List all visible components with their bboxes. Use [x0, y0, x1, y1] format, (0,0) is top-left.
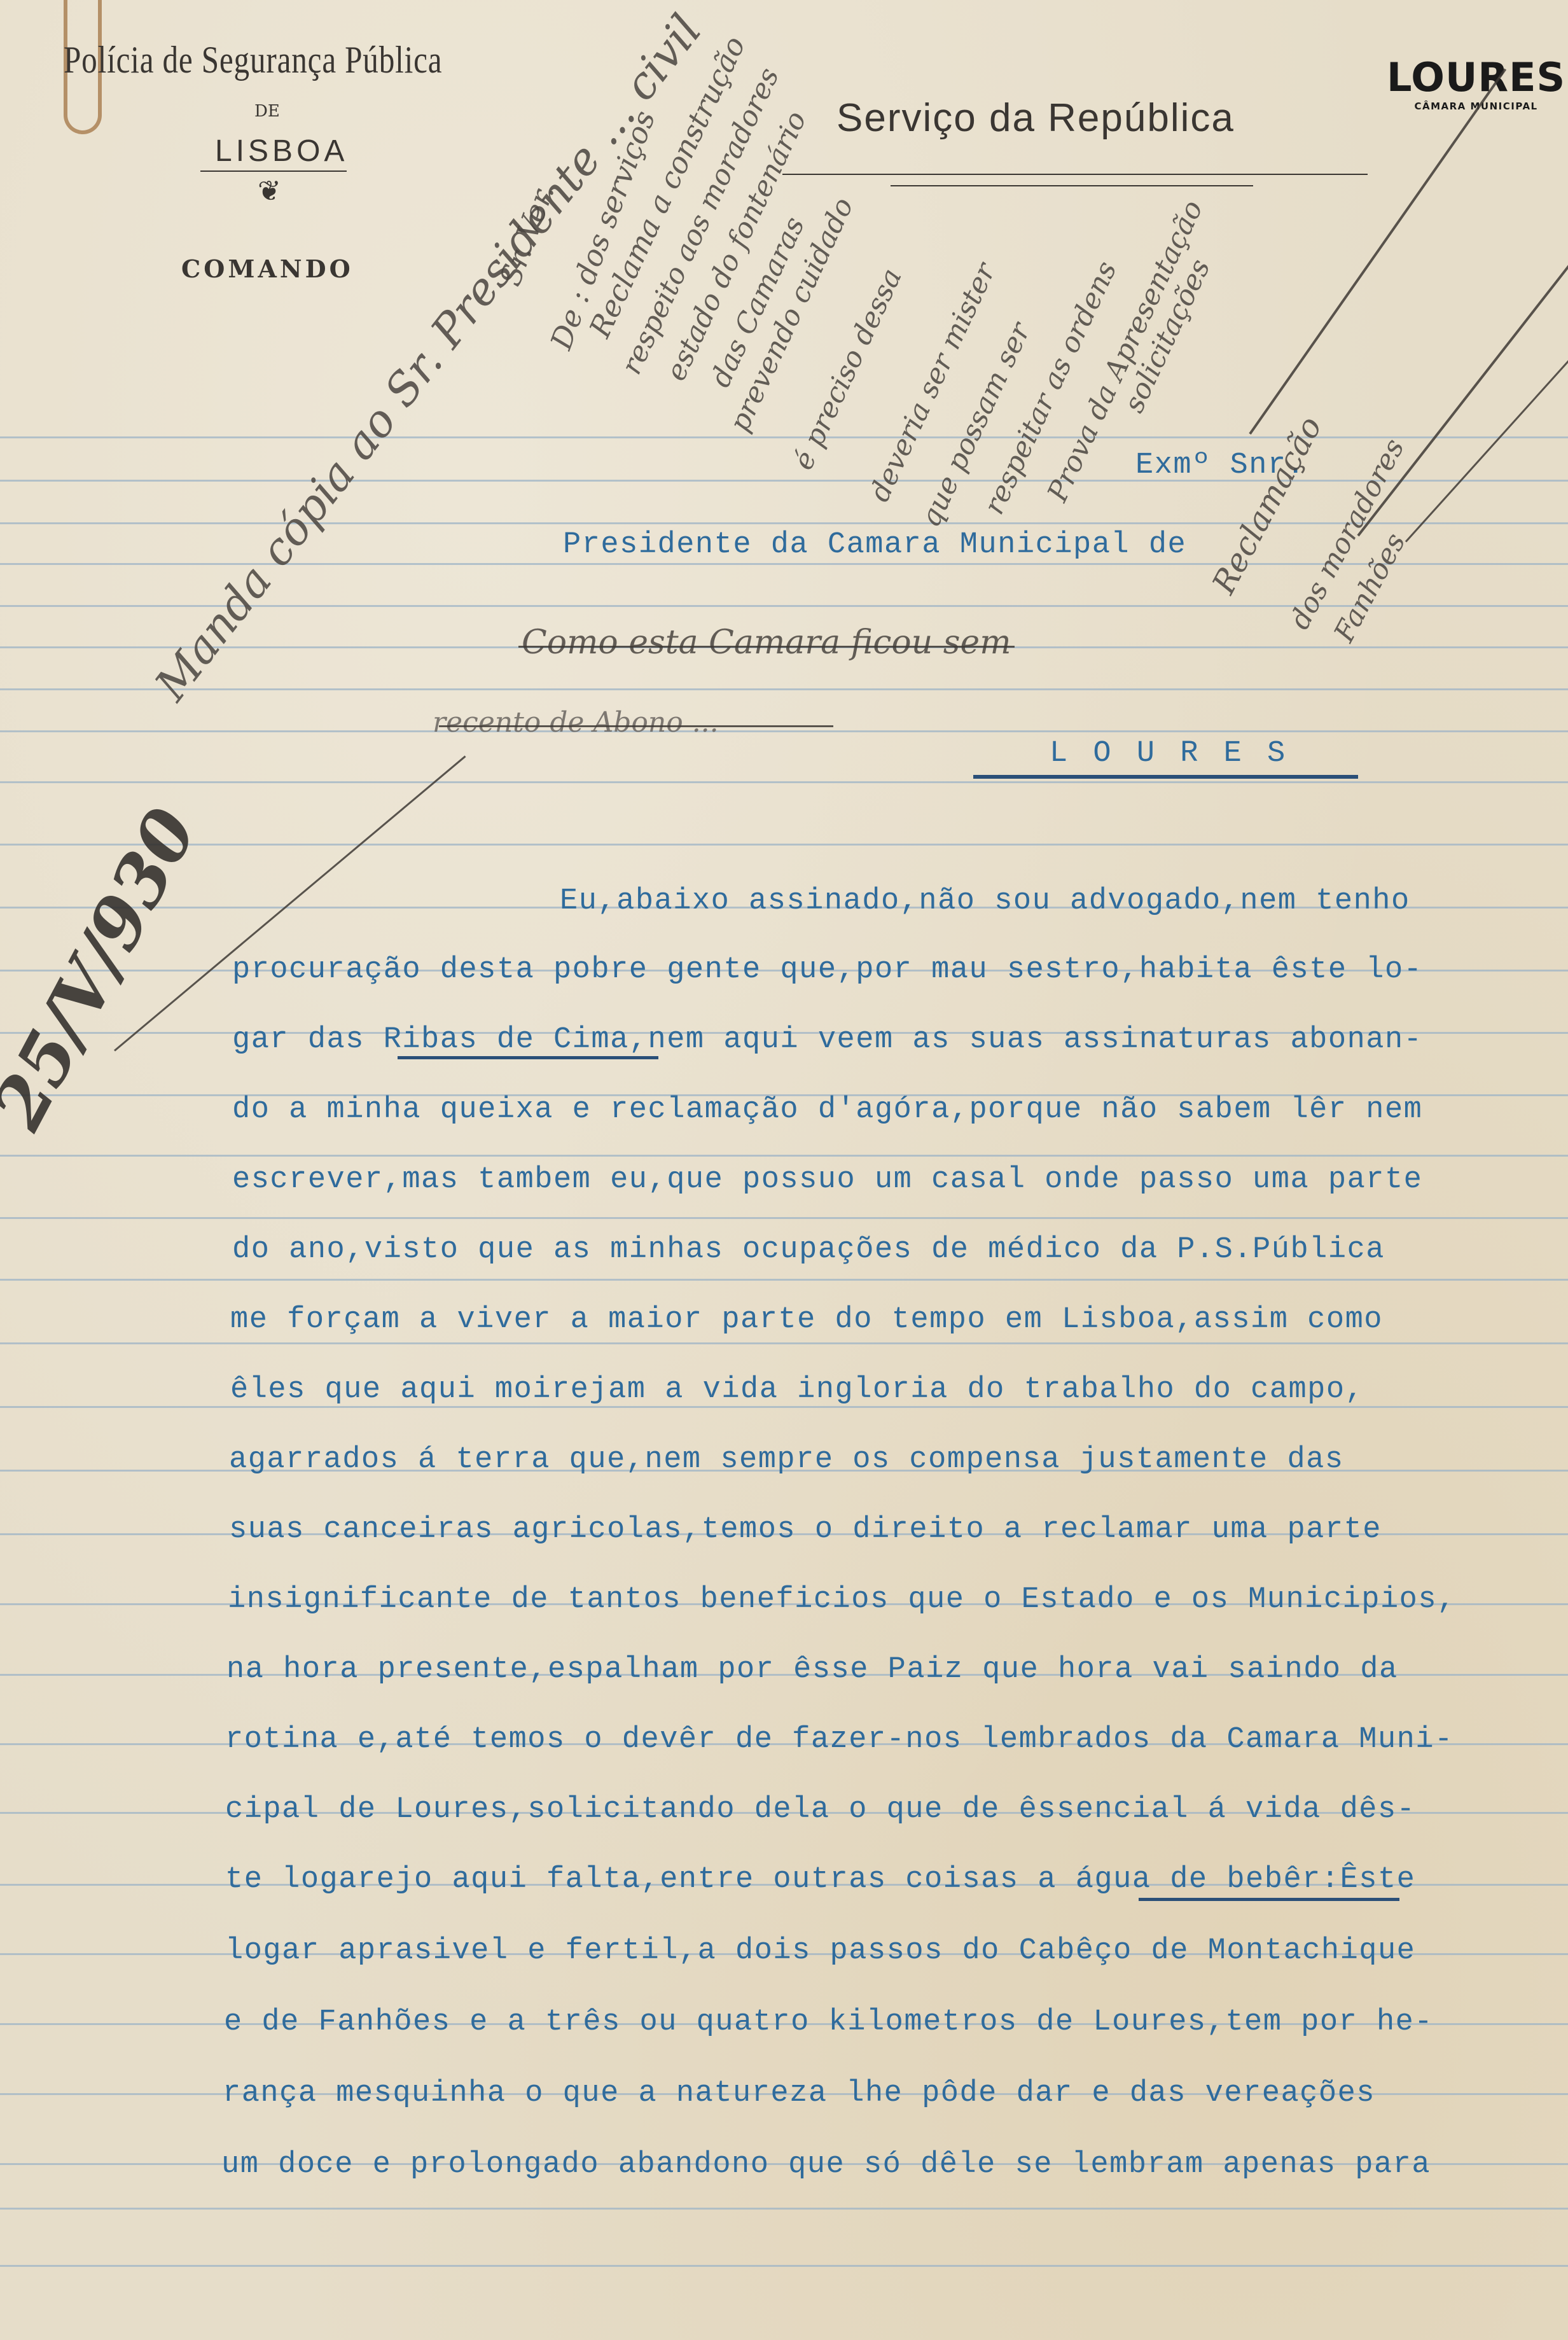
body-line: do a minha queixa e reclamação d'agóra,p… [232, 1093, 1422, 1127]
body-line: do ano,visto que as minhas ocupações de … [232, 1233, 1385, 1267]
logo-wordmark: LOURES [1387, 54, 1565, 101]
handwritten-struck-line-1: Como esta Camara ficou sem [522, 623, 1011, 662]
letterhead-org: Polícia de Segurança Pública [64, 38, 442, 82]
body-line: te logarejo aqui falta,entre outras cois… [225, 1863, 1415, 1897]
service-header-rule-1 [782, 174, 1368, 175]
handwritten-date: 25/V/930 [0, 795, 212, 1142]
body-line: rança mesquinha o que a natureza lhe pôd… [223, 2077, 1375, 2110]
body-line: êles que aqui moirejam a vida ingloria d… [230, 1373, 1364, 1407]
letterhead-city: LISBOA [215, 134, 348, 169]
body-line: me forçam a viver a maior parte do tempo… [230, 1303, 1383, 1337]
body-line: Eu,abaixo assinado,não sou advogado,nem … [560, 884, 1410, 918]
body-line: rotina e,até temos o devêr de fazer-nos … [225, 1723, 1454, 1757]
service-header-rule-2 [891, 185, 1253, 186]
diagonal-strike-right-3 [1405, 305, 1568, 543]
body-line: procuração desta pobre gente que,por mau… [232, 953, 1422, 987]
body-line: escrever,mas tambem eu,que possuo um cas… [232, 1163, 1422, 1197]
letterhead-rule [200, 171, 347, 172]
strikethrough-1 [518, 646, 1015, 648]
recipient-place-underline [973, 775, 1358, 779]
letterhead-de: DE [254, 102, 280, 121]
strikethrough-2 [439, 725, 833, 727]
underline-ribas-de-cima [398, 1056, 658, 1059]
loures-logo: LOURES CÂMARA MUNICIPAL [1387, 54, 1565, 112]
body-line: agarrados á terra que,nem sempre os comp… [229, 1443, 1344, 1477]
recipient: Presidente da Camara Municipal de [563, 528, 1186, 562]
body-line: insignificante de tantos beneficios que … [228, 1583, 1456, 1617]
underline-agua-de-beber [1139, 1898, 1399, 1901]
body-line: cipal de Loures,solicitando dela o que d… [225, 1793, 1415, 1827]
body-line: na hora presente,espalham por êsse Paiz … [226, 1653, 1398, 1687]
body-line: logar aprasivel e fertil,a dois passos d… [225, 1934, 1415, 1968]
diagonal-strike-right-1 [1249, 68, 1506, 435]
body-line: gar das Ribas de Cima,nem aqui veem as s… [232, 1023, 1422, 1057]
handwritten-struck-line-2: recento de Abono ... [433, 706, 719, 739]
letterhead-department: COMANDO [181, 254, 354, 283]
body-line: um doce e prolongado abandono que só dêl… [221, 2148, 1431, 2182]
diagonal-strike-right-2 [1357, 244, 1568, 537]
body-line: suas canceiras agricolas,temos o direito… [229, 1513, 1382, 1547]
body-line: e de Fanhões e a três ou quatro kilometr… [224, 2005, 1433, 2039]
service-header: Serviço da República [836, 95, 1235, 141]
recipient-place: L O U R E S [1050, 737, 1289, 770]
fleuron-ornament-icon: ❦ [258, 175, 281, 207]
